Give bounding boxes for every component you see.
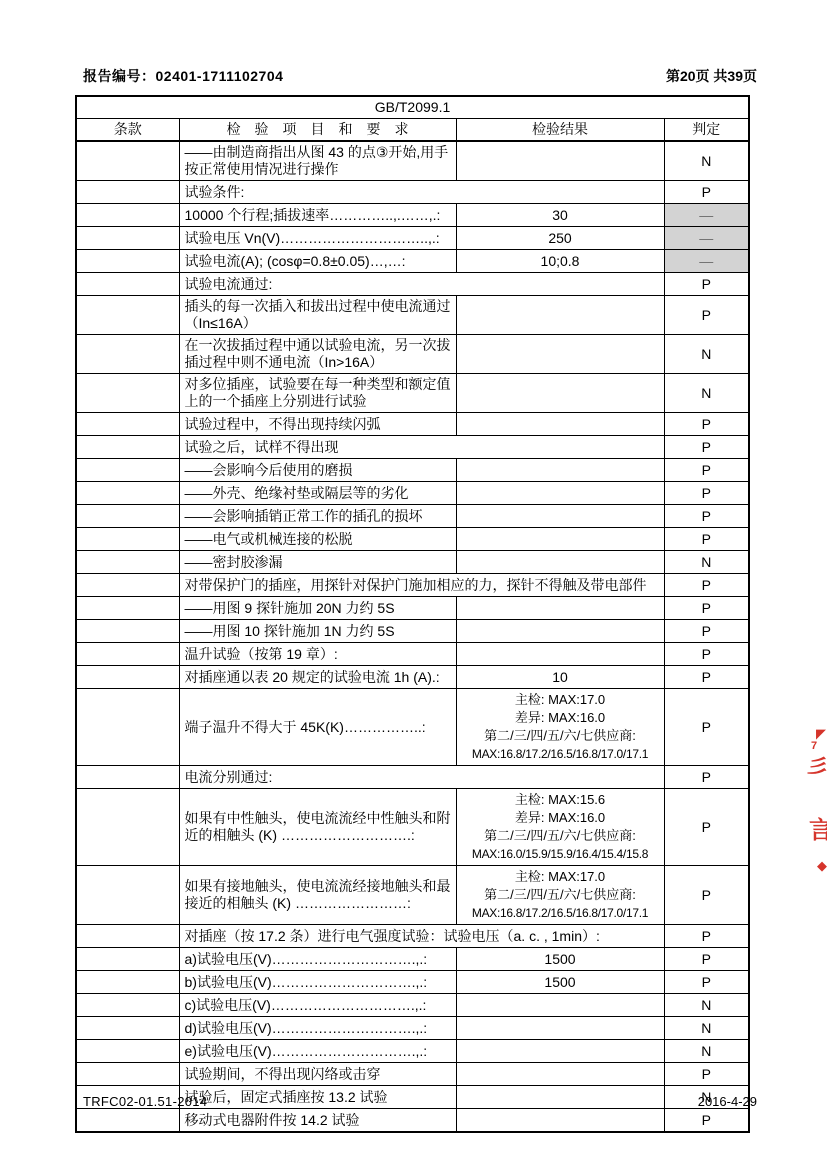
clause-cell bbox=[76, 574, 179, 597]
clause-cell bbox=[76, 971, 179, 994]
red-seal-fragment: 彡 bbox=[803, 748, 827, 784]
item-cell: 试验电压 Vn(V)…………………………..,.: bbox=[179, 227, 456, 250]
col-header-clause: 条款 bbox=[76, 119, 179, 142]
item-cell: 对带保护门的插座，用探针对保护门施加相应的力，探针不得触及带电部件 bbox=[179, 574, 664, 597]
item-cell: ——用图 9 探针施加 20N 力约 5S bbox=[179, 597, 456, 620]
clause-cell bbox=[76, 597, 179, 620]
col-header-result: 检验结果 bbox=[456, 119, 664, 142]
clause-cell bbox=[76, 643, 179, 666]
verdict-cell: P bbox=[664, 643, 749, 666]
clause-cell bbox=[76, 335, 179, 374]
item-cell: 试验之后，试样不得出现 bbox=[179, 436, 664, 459]
clause-cell bbox=[76, 948, 179, 971]
result-cell bbox=[456, 335, 664, 374]
table-row: d)试验电压(V)………………………….,.:N bbox=[76, 1017, 749, 1040]
verdict-cell: P bbox=[664, 597, 749, 620]
item-cell: 电流分别通过: bbox=[179, 766, 664, 789]
col-header-item: 检 验 项 目 和 要 求 bbox=[179, 119, 456, 142]
result-cell: 主检: MAX:17.0差异: MAX:16.0第二/三/四/五/六/七供应商:… bbox=[456, 689, 664, 766]
table-row: 电流分别通过:P bbox=[76, 766, 749, 789]
clause-cell bbox=[76, 227, 179, 250]
table-row: e)试验电压(V)………………………….,.:N bbox=[76, 1040, 749, 1063]
item-cell: 如果有接地触头，使电流流经接地触头和最接近的相触头 (K) ……………………: bbox=[179, 866, 456, 925]
item-cell: c)试验电压(V)………………………….,.: bbox=[179, 994, 456, 1017]
clause-cell bbox=[76, 482, 179, 505]
verdict-cell: N bbox=[664, 994, 749, 1017]
item-cell: 温升试验（按第 19 章）: bbox=[179, 643, 456, 666]
table-row: b)试验电压(V)………………………….,.:1500P bbox=[76, 971, 749, 994]
verdict-cell: P bbox=[664, 866, 749, 925]
verdict-cell: P bbox=[664, 574, 749, 597]
result-cell: 10;0.8 bbox=[456, 250, 664, 273]
clause-cell bbox=[76, 789, 179, 866]
clause-cell bbox=[76, 925, 179, 948]
verdict-cell: P bbox=[664, 482, 749, 505]
result-cell bbox=[456, 551, 664, 574]
item-cell: 在一次拔插过程中通以试验电流，另一次拔插过程中则不通电流（In>16A） bbox=[179, 335, 456, 374]
item-cell: 试验后，固定式插座按 13.2 试验 bbox=[179, 1086, 456, 1109]
table-row: 试验之后，试样不得出现P bbox=[76, 436, 749, 459]
table-row: 试验电流通过:P bbox=[76, 273, 749, 296]
clause-cell bbox=[76, 204, 179, 227]
clause-cell bbox=[76, 994, 179, 1017]
item-cell: 移动式电器附件按 14.2 试验 bbox=[179, 1109, 456, 1133]
verdict-cell: — bbox=[664, 227, 749, 250]
red-seal-fragment: 言 bbox=[809, 810, 827, 845]
verdict-cell: P bbox=[664, 666, 749, 689]
item-cell: 端子温升不得大于 45K(K)……………..: bbox=[179, 689, 456, 766]
item-cell: 试验电流(A); (cosφ=0.8±0.05)…,…: bbox=[179, 250, 456, 273]
result-cell bbox=[456, 643, 664, 666]
clause-cell bbox=[76, 551, 179, 574]
item-cell: a)试验电压(V)………………………….,.: bbox=[179, 948, 456, 971]
page-indicator: 第20页 共39页 bbox=[666, 66, 757, 86]
result-cell bbox=[456, 1017, 664, 1040]
item-cell: b)试验电压(V)………………………….,.: bbox=[179, 971, 456, 994]
verdict-cell: N bbox=[664, 141, 749, 181]
item-cell: 对多位插座，试验要在每一种类型和额定值上的一个插座上分别进行试验 bbox=[179, 374, 456, 413]
verdict-cell: P bbox=[664, 413, 749, 436]
verdict-cell: P bbox=[664, 971, 749, 994]
col-header-verdict: 判定 bbox=[664, 119, 749, 142]
item-cell: ——会影响今后使用的磨损 bbox=[179, 459, 456, 482]
verdict-cell: P bbox=[664, 181, 749, 204]
result-cell: 30 bbox=[456, 204, 664, 227]
clause-cell bbox=[76, 620, 179, 643]
clause-cell bbox=[76, 505, 179, 528]
item-cell: 试验条件: bbox=[179, 181, 664, 204]
result-cell bbox=[456, 374, 664, 413]
result-cell: 250 bbox=[456, 227, 664, 250]
clause-cell bbox=[76, 866, 179, 925]
standard-title: GB/T2099.1 bbox=[76, 96, 749, 119]
item-cell: ——外壳、绝缘衬垫或隔层等的劣化 bbox=[179, 482, 456, 505]
verdict-cell: P bbox=[664, 528, 749, 551]
result-line: 第二/三/四/五/六/七供应商: bbox=[462, 827, 659, 845]
clause-cell bbox=[76, 250, 179, 273]
table-row: ——由制造商指出从图 43 的点③开始,用手按正常使用情况进行操作N bbox=[76, 141, 749, 181]
verdict-cell: N bbox=[664, 374, 749, 413]
result-cell: 主检: MAX:15.6差异: MAX:16.0第二/三/四/五/六/七供应商:… bbox=[456, 789, 664, 866]
red-seal-fragment: ◆ bbox=[817, 858, 827, 874]
result-line: 第二/三/四/五/六/七供应商: bbox=[462, 727, 659, 745]
item-cell: 如果有中性触头，使电流流经中性触头和附近的相触头 (K) ……………………….: bbox=[179, 789, 456, 866]
table-row: 10000 个行程;插拔速率…………..,.……,.:30— bbox=[76, 204, 749, 227]
result-cell bbox=[456, 1063, 664, 1086]
result-line: 差异: MAX:16.0 bbox=[462, 709, 659, 727]
clause-cell bbox=[76, 1017, 179, 1040]
verdict-cell: P bbox=[664, 296, 749, 335]
report-number: 报告编号：02401-1711102704 bbox=[83, 66, 283, 86]
clause-cell bbox=[76, 436, 179, 459]
red-seal-fragment: ◤ bbox=[816, 726, 826, 742]
table-row: 温升试验（按第 19 章）:P bbox=[76, 643, 749, 666]
table-row: c)试验电压(V)………………………….,.:N bbox=[76, 994, 749, 1017]
result-cell: 10 bbox=[456, 666, 664, 689]
table-row: 对插座（按 17.2 条）进行电气强度试验：试验电压（a. c. , 1min）… bbox=[76, 925, 749, 948]
table-row: 试验过程中，不得出现持续闪弧P bbox=[76, 413, 749, 436]
clause-cell bbox=[76, 296, 179, 335]
item-cell: e)试验电压(V)………………………….,.: bbox=[179, 1040, 456, 1063]
verdict-cell: N bbox=[664, 551, 749, 574]
item-cell: 对插座（按 17.2 条）进行电气强度试验：试验电压（a. c. , 1min）… bbox=[179, 925, 664, 948]
table-row: ——用图 10 探针施加 1N 力约 5SP bbox=[76, 620, 749, 643]
red-seal-fragment: 7 bbox=[811, 740, 817, 752]
column-header-row: 条款 检 验 项 目 和 要 求 检验结果 判定 bbox=[76, 119, 749, 142]
table-row: 试验电压 Vn(V)…………………………..,.:250— bbox=[76, 227, 749, 250]
clause-cell bbox=[76, 273, 179, 296]
result-cell bbox=[456, 620, 664, 643]
table-row: ——密封胶渗漏N bbox=[76, 551, 749, 574]
standard-row: GB/T2099.1 bbox=[76, 96, 749, 119]
item-cell: ——密封胶渗漏 bbox=[179, 551, 456, 574]
report-table-body: GB/T2099.1 条款 检 验 项 目 和 要 求 检验结果 判定 ——由制… bbox=[76, 96, 749, 1132]
verdict-cell: N bbox=[664, 1017, 749, 1040]
result-line: 差异: MAX:16.0 bbox=[462, 809, 659, 827]
result-line: 第二/三/四/五/六/七供应商: bbox=[462, 886, 659, 904]
verdict-cell: P bbox=[664, 459, 749, 482]
item-cell: ——会影响插销正常工作的插孔的损坏 bbox=[179, 505, 456, 528]
report-page: { "page": { "report_no": "报告编号：02401-171… bbox=[0, 0, 827, 1169]
item-cell: 对插座通以表 20 规定的试验电流 1h (A).: bbox=[179, 666, 456, 689]
clause-cell bbox=[76, 689, 179, 766]
table-row: 对带保护门的插座，用探针对保护门施加相应的力，探针不得触及带电部件P bbox=[76, 574, 749, 597]
item-cell: d)试验电压(V)………………………….,.: bbox=[179, 1017, 456, 1040]
result-cell bbox=[456, 482, 664, 505]
table-row: 试验条件:P bbox=[76, 181, 749, 204]
item-cell: ——用图 10 探针施加 1N 力约 5S bbox=[179, 620, 456, 643]
result-cell: 1500 bbox=[456, 971, 664, 994]
item-cell: 试验电流通过: bbox=[179, 273, 664, 296]
table-row: ——外壳、绝缘衬垫或隔层等的劣化P bbox=[76, 482, 749, 505]
clause-cell bbox=[76, 1109, 179, 1133]
footer-doc-code: TRFC02-01.51-2014 bbox=[83, 1094, 207, 1109]
verdict-cell: P bbox=[664, 273, 749, 296]
table-row: 对插座通以表 20 规定的试验电流 1h (A).:10P bbox=[76, 666, 749, 689]
verdict-cell: P bbox=[664, 436, 749, 459]
item-cell: ——电气或机械连接的松脱 bbox=[179, 528, 456, 551]
clause-cell bbox=[76, 1040, 179, 1063]
table-row: 对多位插座，试验要在每一种类型和额定值上的一个插座上分别进行试验N bbox=[76, 374, 749, 413]
table-row: 插头的每一次插入和拔出过程中使电流通过（In≤16A）P bbox=[76, 296, 749, 335]
verdict-cell: P bbox=[664, 1109, 749, 1133]
result-cell bbox=[456, 141, 664, 181]
verdict-cell: P bbox=[664, 689, 749, 766]
item-cell: 插头的每一次插入和拔出过程中使电流通过（In≤16A） bbox=[179, 296, 456, 335]
clause-cell bbox=[76, 766, 179, 789]
table-row: ——用图 9 探针施加 20N 力约 5SP bbox=[76, 597, 749, 620]
table-row: ——电气或机械连接的松脱P bbox=[76, 528, 749, 551]
item-cell: 试验期间，不得出现闪络或击穿 bbox=[179, 1063, 456, 1086]
result-line: 主检: MAX:17.0 bbox=[462, 868, 659, 886]
footer-date: 2016-4-29 bbox=[698, 1094, 757, 1109]
verdict-cell: P bbox=[664, 766, 749, 789]
table-row: 在一次拔插过程中通以试验电流，另一次拔插过程中则不通电流（In>16A）N bbox=[76, 335, 749, 374]
verdict-cell: P bbox=[664, 505, 749, 528]
clause-cell bbox=[76, 528, 179, 551]
clause-cell bbox=[76, 413, 179, 436]
result-cell bbox=[456, 1109, 664, 1133]
result-cell: 主检: MAX:17.0第二/三/四/五/六/七供应商:MAX:16.8/17.… bbox=[456, 866, 664, 925]
table-row: ——会影响插销正常工作的插孔的损坏P bbox=[76, 505, 749, 528]
table-row: 如果有接地触头，使电流流经接地触头和最接近的相触头 (K) ……………………:主… bbox=[76, 866, 749, 925]
result-cell bbox=[456, 505, 664, 528]
verdict-cell: — bbox=[664, 204, 749, 227]
result-cell bbox=[456, 413, 664, 436]
result-line: 主检: MAX:15.6 bbox=[462, 791, 659, 809]
table-row: 如果有中性触头，使电流流经中性触头和附近的相触头 (K) ……………………….:… bbox=[76, 789, 749, 866]
table-row: 试验期间，不得出现闪络或击穿P bbox=[76, 1063, 749, 1086]
item-cell: 10000 个行程;插拔速率…………..,.……,.: bbox=[179, 204, 456, 227]
item-cell: ——由制造商指出从图 43 的点③开始,用手按正常使用情况进行操作 bbox=[179, 141, 456, 181]
table-row: 移动式电器附件按 14.2 试验P bbox=[76, 1109, 749, 1133]
verdict-cell: P bbox=[664, 948, 749, 971]
inspection-table: GB/T2099.1 条款 检 验 项 目 和 要 求 检验结果 判定 ——由制… bbox=[75, 95, 750, 1133]
clause-cell bbox=[76, 141, 179, 181]
verdict-cell: P bbox=[664, 1063, 749, 1086]
result-cell bbox=[456, 459, 664, 482]
verdict-cell: N bbox=[664, 335, 749, 374]
item-cell: 试验过程中，不得出现持续闪弧 bbox=[179, 413, 456, 436]
result-line: MAX:16.8/17.2/16.5/16.8/17.0/17.1 bbox=[462, 745, 659, 763]
result-cell: 1500 bbox=[456, 948, 664, 971]
verdict-cell: — bbox=[664, 250, 749, 273]
verdict-cell: P bbox=[664, 789, 749, 866]
clause-cell bbox=[76, 181, 179, 204]
table-row: 试验电流(A); (cosφ=0.8±0.05)…,…:10;0.8— bbox=[76, 250, 749, 273]
clause-cell bbox=[76, 1063, 179, 1086]
verdict-cell: P bbox=[664, 925, 749, 948]
result-cell bbox=[456, 1040, 664, 1063]
result-cell bbox=[456, 994, 664, 1017]
result-cell bbox=[456, 296, 664, 335]
clause-cell bbox=[76, 374, 179, 413]
result-cell bbox=[456, 1086, 664, 1109]
table-row: 端子温升不得大于 45K(K)……………..:主检: MAX:17.0差异: M… bbox=[76, 689, 749, 766]
result-cell bbox=[456, 528, 664, 551]
table-row: ——会影响今后使用的磨损P bbox=[76, 459, 749, 482]
table-row: a)试验电压(V)………………………….,.:1500P bbox=[76, 948, 749, 971]
clause-cell bbox=[76, 459, 179, 482]
verdict-cell: P bbox=[664, 620, 749, 643]
result-cell bbox=[456, 597, 664, 620]
verdict-cell: N bbox=[664, 1040, 749, 1063]
result-line: 主检: MAX:17.0 bbox=[462, 691, 659, 709]
result-line: MAX:16.0/15.9/15.9/16.4/15.4/15.8 bbox=[462, 845, 659, 863]
clause-cell bbox=[76, 666, 179, 689]
result-line: MAX:16.8/17.2/16.5/16.8/17.0/17.1 bbox=[462, 904, 659, 922]
